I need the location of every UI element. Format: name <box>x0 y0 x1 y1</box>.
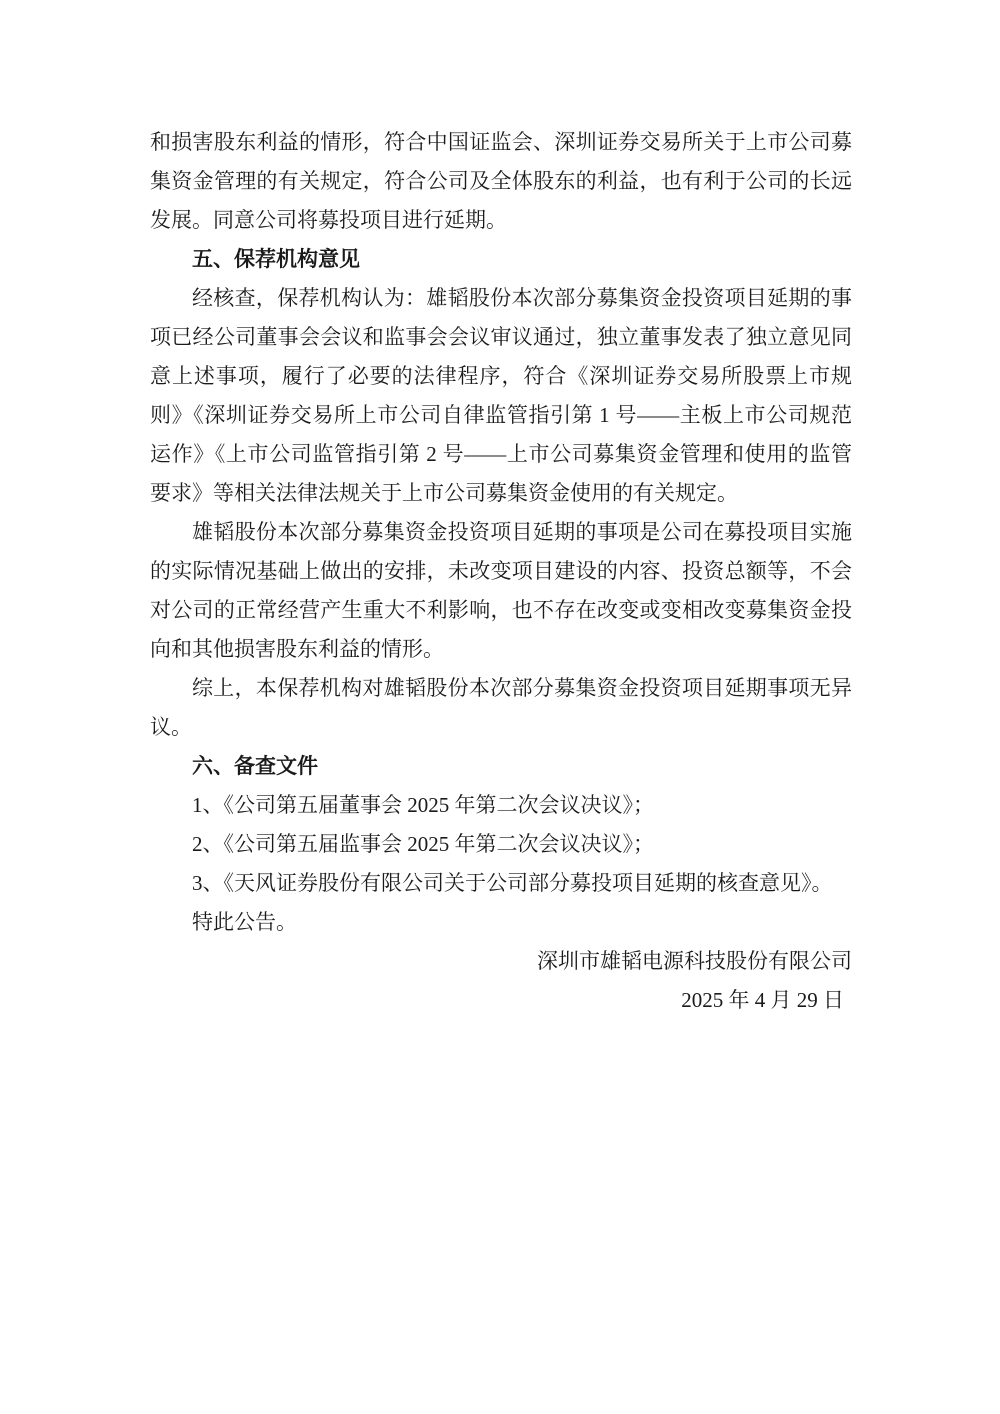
reference-document-item-1: 1、《公司第五届董事会 2025 年第二次会议决议》； <box>150 786 852 825</box>
sponsor-opinion-paragraph-2: 雄韬股份本次部分募集资金投资项目延期的事项是公司在募投项目实施的实际情况基础上做… <box>150 513 852 669</box>
document-content: 和损害股东利益的情形，符合中国证监会、深圳证券交易所关于上市公司募集资金管理的有… <box>150 123 852 1020</box>
signature-company-name: 深圳市雄韬电源科技股份有限公司 <box>150 942 852 981</box>
closing-statement: 特此公告。 <box>150 903 852 942</box>
section-heading-sponsor-opinion: 五、保荐机构意见 <box>150 240 852 279</box>
sponsor-opinion-paragraph-1: 经核查，保荐机构认为：雄韬股份本次部分募集资金投资项目延期的事项已经公司董事会会… <box>150 279 852 513</box>
sponsor-opinion-conclusion: 综上，本保荐机构对雄韬股份本次部分募集资金投资项目延期事项无异议。 <box>150 669 852 747</box>
intro-continuation-paragraph: 和损害股东利益的情形，符合中国证监会、深圳证券交易所关于上市公司募集资金管理的有… <box>150 123 852 240</box>
reference-document-item-2: 2、《公司第五届监事会 2025 年第二次会议决议》； <box>150 825 852 864</box>
reference-document-item-3: 3、《天风证券股份有限公司关于公司部分募投项目延期的核查意见》。 <box>150 864 852 903</box>
section-heading-reference-documents: 六、备查文件 <box>150 747 852 786</box>
document-page: 和损害股东利益的情形，符合中国证监会、深圳证券交易所关于上市公司募集资金管理的有… <box>0 0 1000 1414</box>
signature-date: 2025 年 4 月 29 日 <box>150 981 852 1020</box>
